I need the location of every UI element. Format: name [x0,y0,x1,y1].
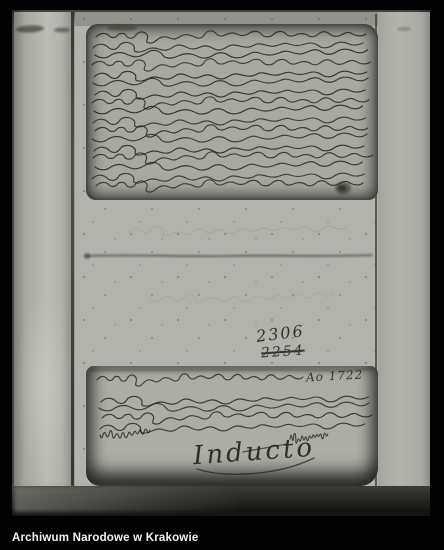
registry-number-crossed-out: 2254 [260,342,305,361]
scan-viewer: 2306 2254 Ao 1722 Inducto Archiwum Narod… [0,0,444,550]
archive-caption: Archiwum Narodowe w Krakowie [12,532,198,544]
top-text-block-sheet [86,24,378,200]
photo-bottom-highlight [14,486,244,512]
photo-bottom-shadow [12,486,430,516]
paper-highlight [16,290,70,480]
page-right-margin [378,12,430,490]
binding-fold-line [71,12,74,506]
year-note: Ao 1722 [306,368,364,385]
